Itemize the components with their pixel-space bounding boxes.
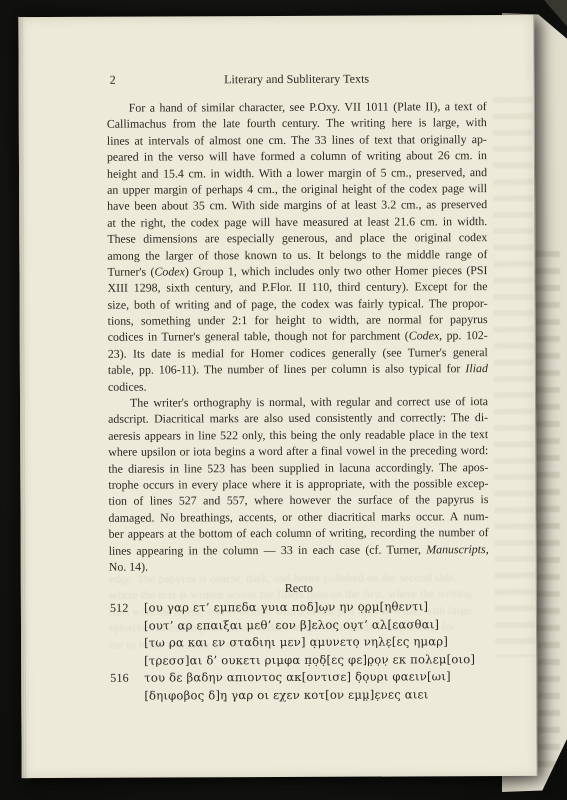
greek-line-text: [τω ρα και εν σταδιηι μεν] α̣μυνετο̣ νηλ… — [144, 635, 448, 650]
body-line: 23). Its date is medial for Homer codice… — [108, 344, 488, 362]
body-line: lines appearing in the column — 33 in ea… — [109, 541, 489, 559]
body-line: height and 15.4 cm. in width. With a low… — [107, 164, 487, 182]
body-line: among the larger of those known to us. I… — [107, 246, 487, 264]
body-line: damaged. No breathings, accents, or othe… — [108, 508, 488, 526]
running-header-title: Literary and Subliterary Texts — [107, 71, 487, 88]
body-line: peared in the verso will have formed a c… — [107, 147, 487, 165]
greek-line: [ουτ’ αρ επαιξαι μεθ’ εον β]ελος ου̣τ’ α… — [109, 616, 489, 635]
body-line: Callimachus from the late fourth century… — [107, 114, 487, 132]
page-content: 2 Literary and Subliterary Texts For a h… — [107, 71, 490, 705]
greek-line-number: 516 — [110, 670, 129, 688]
body-line: No. 14). — [109, 557, 489, 575]
greek-line-text: [ου γαρ ετ’ εμπεδα γυια ποδ]ω̣ν ην ο̣ρ̣μ… — [144, 600, 428, 615]
body-line: have been about 35 cm. With side margins… — [107, 196, 487, 214]
body-line: trophe occurs in every place where it is… — [108, 475, 488, 493]
margin-show-through — [493, 97, 535, 657]
body-line: at the right, the codex page will have m… — [107, 213, 487, 231]
book-page: edge. The papyrus is coarse, dark, and b… — [18, 15, 537, 778]
body-line: codices in Turner's general table, thoug… — [108, 328, 488, 346]
greek-line-text: [δηιφοβος δ]η̣ γαρ οι εχεν κοτ[ον εμμ̣]ε… — [144, 687, 428, 702]
body-line: tions, something under 2:1 for height to… — [108, 311, 488, 329]
photograph-background: { "colors": { "background": "#141412", "… — [0, 0, 567, 800]
running-head: 2 Literary and Subliterary Texts — [107, 71, 487, 88]
body-line: size, both of writing and of page, the c… — [108, 295, 488, 313]
body-line: tion of lines 527 and 557, where however… — [108, 491, 488, 509]
recto-heading: Recto — [109, 580, 489, 597]
greek-line-text: [ουτ’ αρ επαιξαι μεθ’ εον β]ελος ου̣τ’ α… — [144, 617, 439, 632]
body-line: aeresis appears in line 522 only, this b… — [108, 426, 488, 444]
greek-line: [τρεσσ]αι δ’ ουκετι ριμφα π̣ο̣δ̣[ες φε]ρ… — [109, 651, 489, 670]
body-line: For a hand of similar character, see P.O… — [107, 98, 487, 116]
greek-line: 516του δε βαδην απιοντος ακ[οντισε] δ̣ο̣… — [109, 668, 489, 687]
body-line: the diaresis in line 523 has been suppli… — [108, 459, 488, 477]
greek-line: 512[ου γαρ ετ’ εμπεδα γυια ποδ]ω̣ν ην ο̣… — [109, 598, 489, 617]
body-line: XIII 1298, sixth century, and P.Flor. II… — [107, 278, 487, 296]
greek-line-number: 512 — [110, 600, 129, 618]
body-line: where upsilon or iota begins a word afte… — [108, 442, 488, 460]
body-line: The writer's orthography is normal, with… — [108, 393, 488, 411]
body-line: Turner's (Codex) Group 1, which includes… — [107, 262, 487, 280]
body-line: an upper margin of perhaps 4 cm., the or… — [107, 180, 487, 198]
greek-line: [δηιφοβος δ]η̣ γαρ οι εχεν κοτ[ον εμμ̣]ε… — [109, 686, 489, 705]
greek-line: [τω ρα και εν σταδιηι μεν] α̣μυνετο̣ νηλ… — [109, 633, 489, 652]
body-text: For a hand of similar character, see P.O… — [107, 98, 489, 575]
greek-transcription: 512[ου γαρ ετ’ εμπεδα γυια ποδ]ω̣ν ην ο̣… — [109, 598, 489, 705]
body-line: table, pp. 106-11). The number of lines … — [108, 360, 488, 378]
body-line: adscript. Diacritical marks are also use… — [108, 410, 488, 428]
greek-line-text: του δε βαδην απιοντος ακ[οντισε] δ̣ο̣υρι… — [144, 670, 451, 685]
body-line: These dimensions are especially generous… — [107, 229, 487, 247]
body-line: codices. — [108, 377, 488, 395]
body-line: ber appears at the bottom of each column… — [109, 524, 489, 542]
body-line: lines at intervals of almost one cm. The… — [107, 131, 487, 149]
page-number: 2 — [110, 73, 116, 88]
greek-line-text: [τρεσσ]αι δ’ ουκετι ριμφα π̣ο̣δ̣[ες φε]ρ… — [144, 652, 475, 667]
